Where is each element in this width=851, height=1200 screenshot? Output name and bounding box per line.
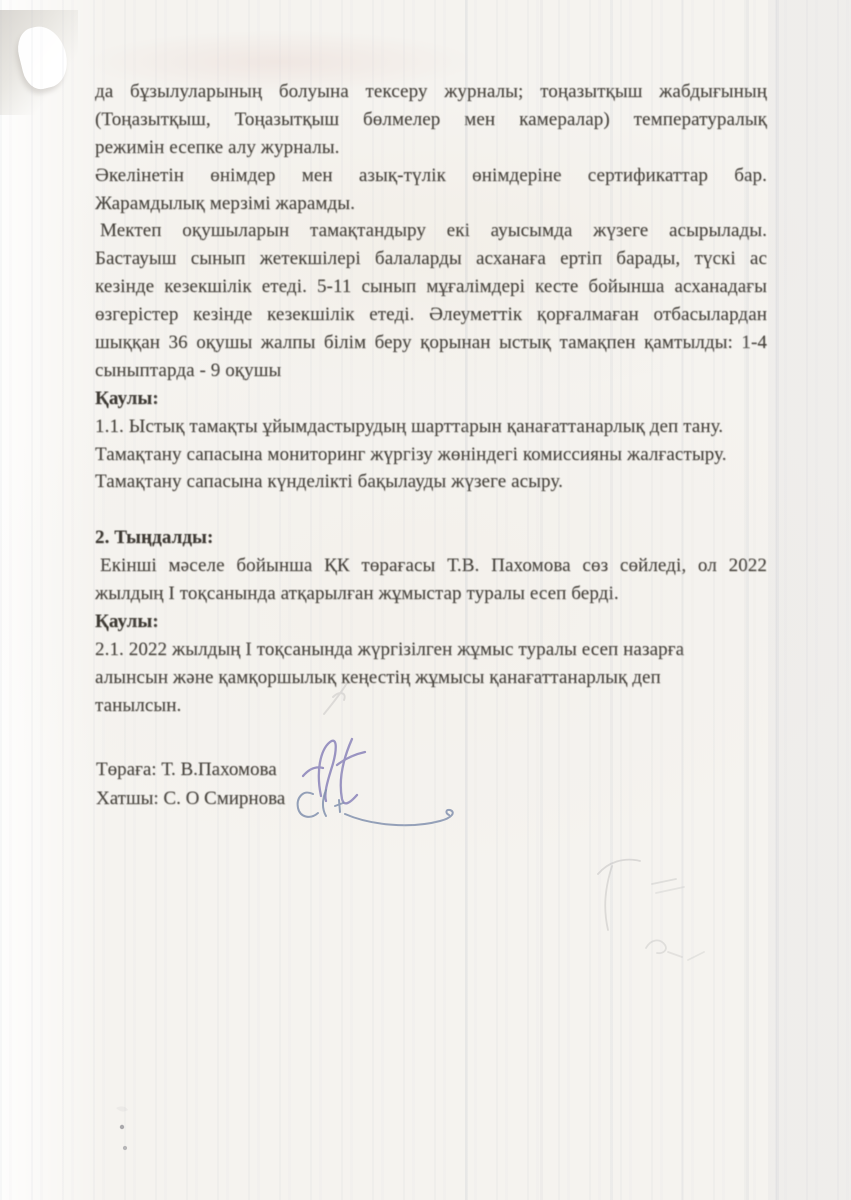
text-line: Тамақтану сапасына күнделікті бақылауды …	[95, 468, 767, 496]
text-line: режимін есепке алу журналы.	[95, 134, 767, 162]
text-line: кезінде кезекшілік етеді. 5-11 сынып мұғ…	[95, 273, 767, 301]
document-body: да бұзылуларының болуына тексеру журналы…	[95, 78, 767, 719]
text-line: Бастауыш сынып жетекшілері балаларды асх…	[95, 245, 767, 273]
blank-line	[95, 496, 767, 524]
text-line: Әкелінетін өнімдер мен азық-түлік өнімде…	[95, 162, 767, 190]
text-line: Мектеп оқушыларын тамақтандыру екі ауысы…	[95, 217, 767, 245]
signature-block: Төраға: Т. В.Пахомова Хатшы: С. О Смирно…	[96, 755, 285, 813]
text-line: 2.1. 2022 жылдың I тоқсанында жүргізілге…	[95, 636, 767, 664]
text-line: да бұзылуларының болуына тексеру журналы…	[95, 78, 767, 106]
secretary-signature-line: Хатшы: С. О Смирнова	[96, 784, 285, 813]
scanned-page: да бұзылуларының болуына тексеру журналы…	[0, 0, 851, 1200]
text-line: жылдың I тоқсанында атқарылған жұмыстар …	[95, 580, 767, 608]
text-line: сыныптарда - 9 оқушы	[95, 357, 767, 385]
text-line: өзгерістер кезінде кезекшілік етеді. Әле…	[95, 301, 767, 329]
text-line: алынсын және қамқоршылық кеңестің жұмысы…	[95, 664, 767, 692]
agenda-item-2-heading: 2. Тыңдалды:	[95, 524, 767, 552]
text-line: 1.1. Ыстық тамақты ұйымдастырудың шартта…	[95, 413, 767, 441]
text-line: (Тоңазытқыш, Тоңазытқыш бөлмелер мен кам…	[95, 106, 767, 134]
text-line: Тамақтану сапасына мониторинг жүргізу жө…	[95, 441, 767, 469]
ink-dots-mark	[116, 1106, 128, 1150]
resolution-heading-1: Қаулы:	[95, 385, 767, 413]
text-line: танылсын.	[95, 692, 767, 720]
resolution-heading-2: Қаулы:	[95, 608, 767, 636]
text-line: Екінші мәселе бойынша ҚК төрағасы Т.В. П…	[95, 552, 767, 580]
chair-signature	[303, 739, 365, 803]
text-line: Жарамдылық мерзімі жарамды.	[95, 190, 767, 218]
chair-signature-line: Төраға: Т. В.Пахомова	[96, 755, 285, 784]
secretary-signature	[298, 790, 453, 825]
pencil-annotation	[598, 860, 704, 960]
text-line: шыққан 36 оқушы жалпы білім беру қорынан…	[95, 329, 767, 357]
